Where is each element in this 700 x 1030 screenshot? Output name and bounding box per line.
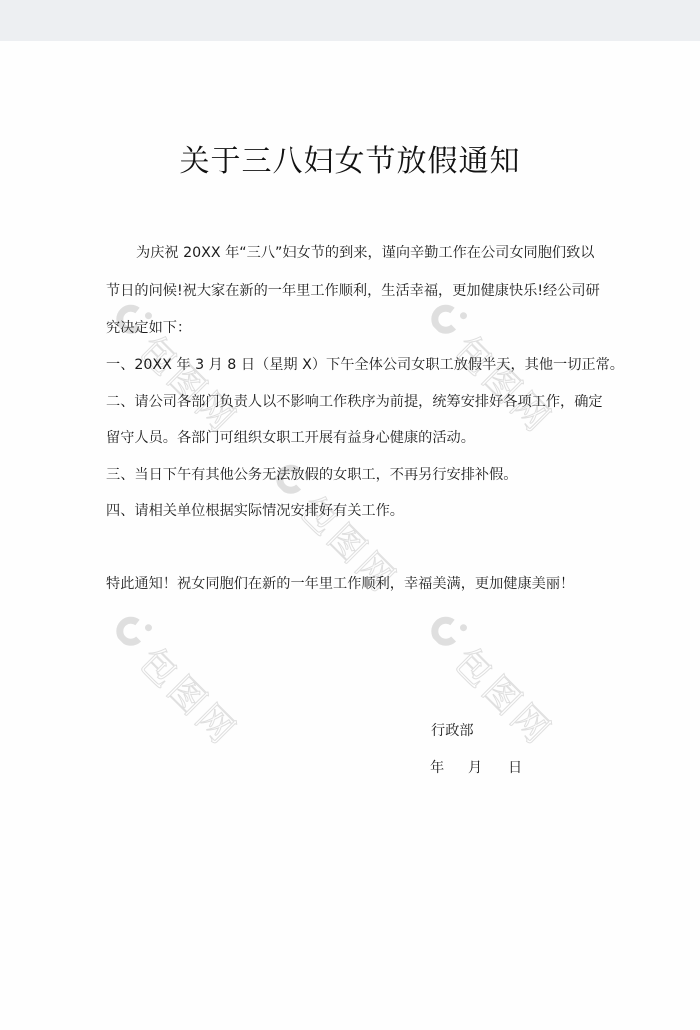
item-2-line-1: 二、请公司各部门负责人以不影响工作秩序为前提，统筹安排好各项工作，确定 — [106, 392, 603, 412]
intro-line-1: 为庆祝 20XX 年“三八”妇女节的到来，谨向辛勤工作在公司女同胞们致以 — [136, 243, 594, 263]
top-band — [0, 0, 700, 41]
closing-line: 特此通知！祝女同胞们在新的一年里工作顺利，幸福美满，更加健康美丽！ — [106, 574, 574, 594]
signature-department: 行政部 — [431, 721, 474, 741]
date-day: 日 — [508, 758, 522, 778]
item-4: 四、请相关单位根据实际情况安排好有关工作。 — [106, 501, 404, 521]
item-3: 三、当日下午有其他公务无法放假的女职工，不再另行安排补假。 — [106, 465, 517, 485]
document-page — [0, 41, 700, 1030]
date-month: 月 — [468, 758, 508, 778]
signature-date: 年 月 日 — [430, 758, 522, 778]
document-title: 关于三八妇女节放假通知 — [0, 140, 700, 184]
intro-line-3: 究决定如下： — [106, 318, 191, 338]
intro-line-2: 节日的问候!祝大家在新的一年里工作顺利，生活幸福，更加健康快乐!经公司研 — [106, 281, 600, 301]
item-1: 一、20XX 年 3 月 8 日（星期 X）下午全体公司女职工放假半天，其他一切… — [106, 355, 624, 375]
date-year: 年 — [430, 758, 468, 778]
item-2-line-2: 留守人员。各部门可组织女职工开展有益身心健康的活动。 — [106, 428, 475, 448]
